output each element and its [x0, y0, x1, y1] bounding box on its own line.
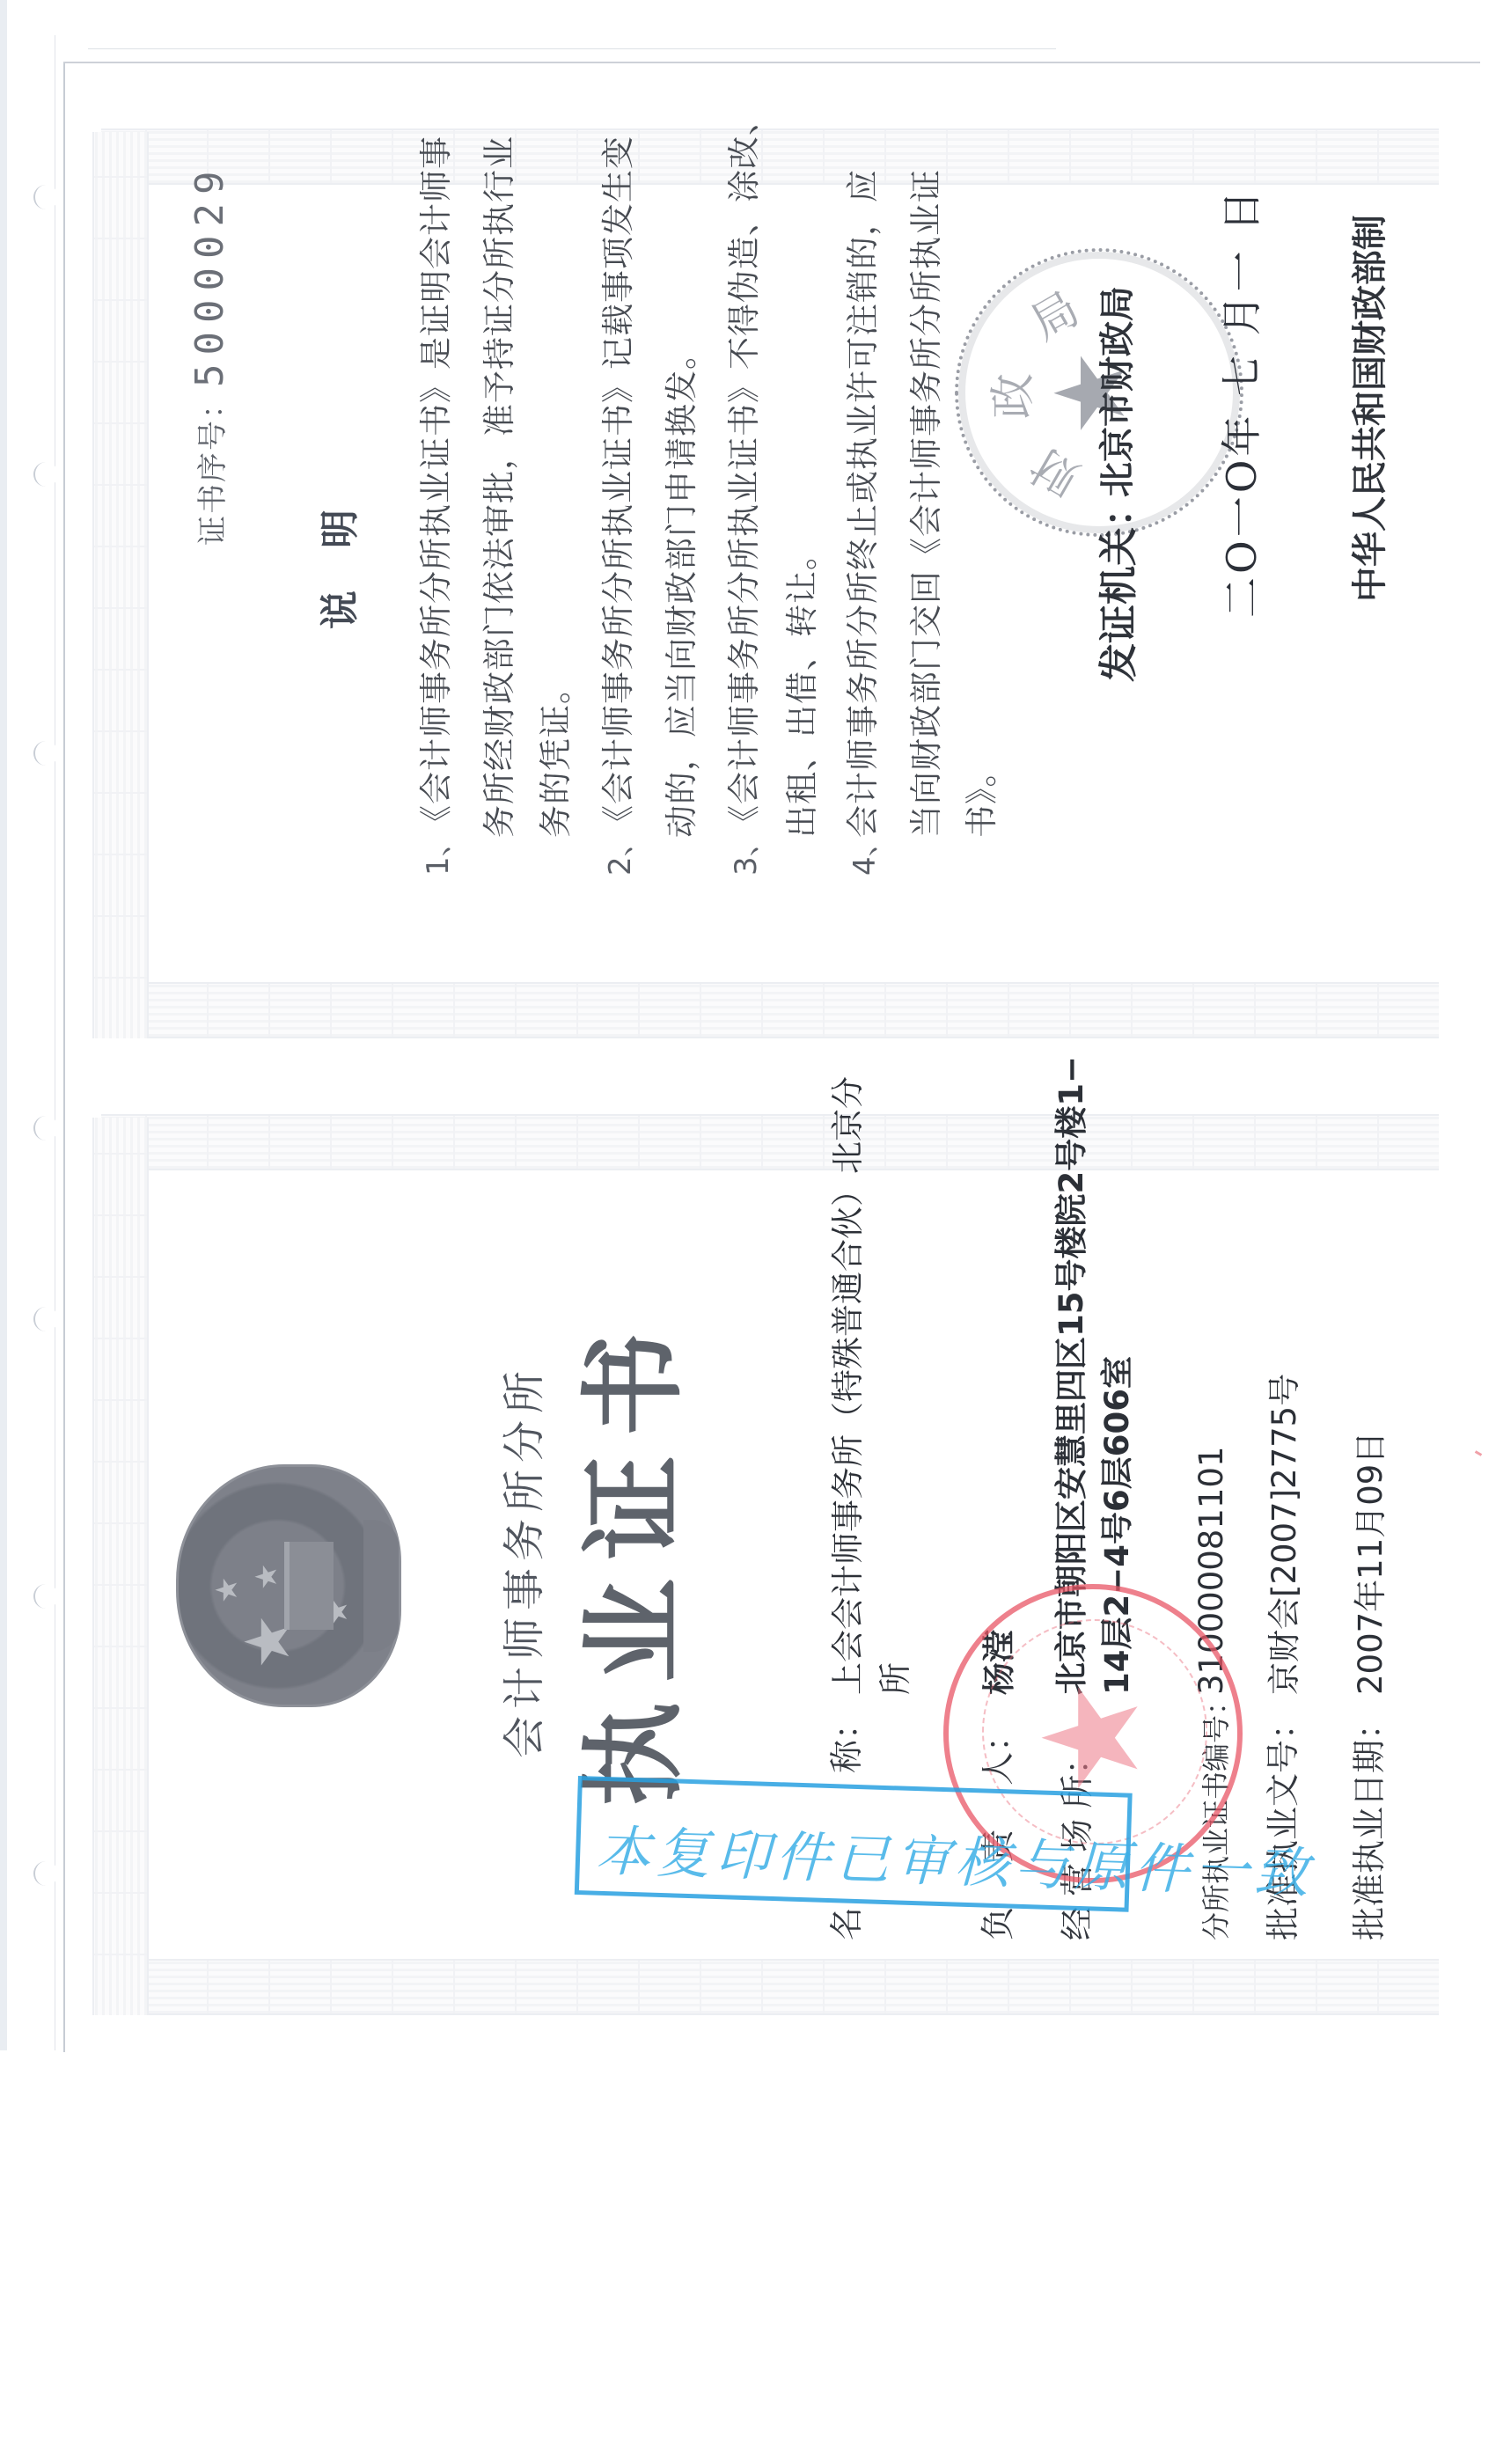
note-line: 书》。	[955, 754, 1002, 839]
guilloche-band-license-left	[92, 1118, 149, 2015]
guilloche-band-license-bottom	[101, 1959, 1439, 2015]
national-emblem: ★ ★ ★ ★ ★	[176, 1464, 401, 1707]
punch-hole	[33, 185, 58, 209]
note-line: 当向财政部门交回《会计师事务所分所执业证	[899, 169, 947, 838]
copy-certified-stamp: 本复印件已审核与原件一致	[575, 1776, 1133, 1912]
guilloche-band-license-top	[101, 1114, 1439, 1170]
punch-hole	[33, 1116, 58, 1140]
star-icon: ★	[1026, 1679, 1158, 1797]
field-value-name: 上会会计师事务所（特殊普通合伙）北京分	[821, 1076, 869, 1695]
issue-date: 二O一O年 七 月一 日	[1210, 187, 1268, 618]
note-line: 出租、出借、转让。	[775, 537, 823, 838]
issuer-value: 北京市财政局	[1089, 286, 1140, 497]
paper-left-edge	[63, 62, 65, 2052]
field-label-approval-date: 批准执业日期：	[1342, 1706, 1390, 1940]
issuer-label: 发证机关：	[1087, 488, 1143, 682]
punch-hole	[33, 462, 58, 487]
note-line: 务所经财政部门依法审批，准予持证分所执行业	[473, 136, 520, 838]
note-line: 动的，应当向财政部门申请换发。	[655, 336, 702, 838]
field-value-approval-date: 2007年11月09日	[1344, 1432, 1391, 1695]
serial-number: 证书序号：5000029	[187, 163, 232, 546]
emblem-base	[363, 1520, 399, 1652]
field-value-name: 所	[869, 1662, 916, 1695]
field-value-approval-doc: 京财会[2007]2775号	[1258, 1374, 1305, 1695]
serial-label: 证书序号：	[195, 387, 231, 546]
punch-hole	[33, 1584, 58, 1609]
serial-value: 5000029	[187, 163, 232, 387]
note-line: 会计师事务所分所终止或执业许可注销的，应	[836, 169, 884, 838]
license-title: 执业证书	[550, 1313, 700, 1806]
seal-char: 财	[1016, 436, 1089, 516]
paper-edge-line	[88, 48, 1056, 49]
punch-hole	[33, 1861, 58, 1886]
blank-margin	[0, 2052, 1496, 2464]
guilloche-band-notes-left	[92, 132, 149, 1038]
note-line: 《会计师事务所分所执业证书》是证明会计师事	[409, 136, 457, 838]
tiananmen-icon	[284, 1542, 334, 1630]
seal-char: 局	[1016, 273, 1089, 353]
certificate-sheet: 证书序号：5000029 说明 1、 《会计师事务所分所执业证书》是证明会计师事…	[66, 63, 1478, 2050]
star-icon: ★	[209, 1577, 245, 1603]
paper-edge-line	[55, 35, 55, 2050]
license-subtitle: 会计师事务所分所	[490, 1364, 551, 1758]
punch-hole	[33, 1307, 58, 1331]
note-line: 《会计师事务所分所执业证书》不得伪造、涂改、	[717, 102, 765, 838]
note-line: 务的凭证。	[529, 671, 576, 838]
star-icon: ★	[249, 1564, 284, 1590]
guilloche-band-notes-bottom	[101, 982, 1439, 1038]
guilloche-band-notes-top	[101, 128, 1439, 185]
seal-char: 政	[976, 373, 1042, 419]
note-line: 《会计师事务所分所执业证书》记载事项发生变	[591, 136, 639, 838]
scanner-edge	[0, 0, 7, 2050]
notes-title: 说明	[308, 467, 364, 629]
maker-credit: 中华人民共和国财政部制	[1342, 215, 1392, 602]
punch-hole	[33, 741, 58, 766]
